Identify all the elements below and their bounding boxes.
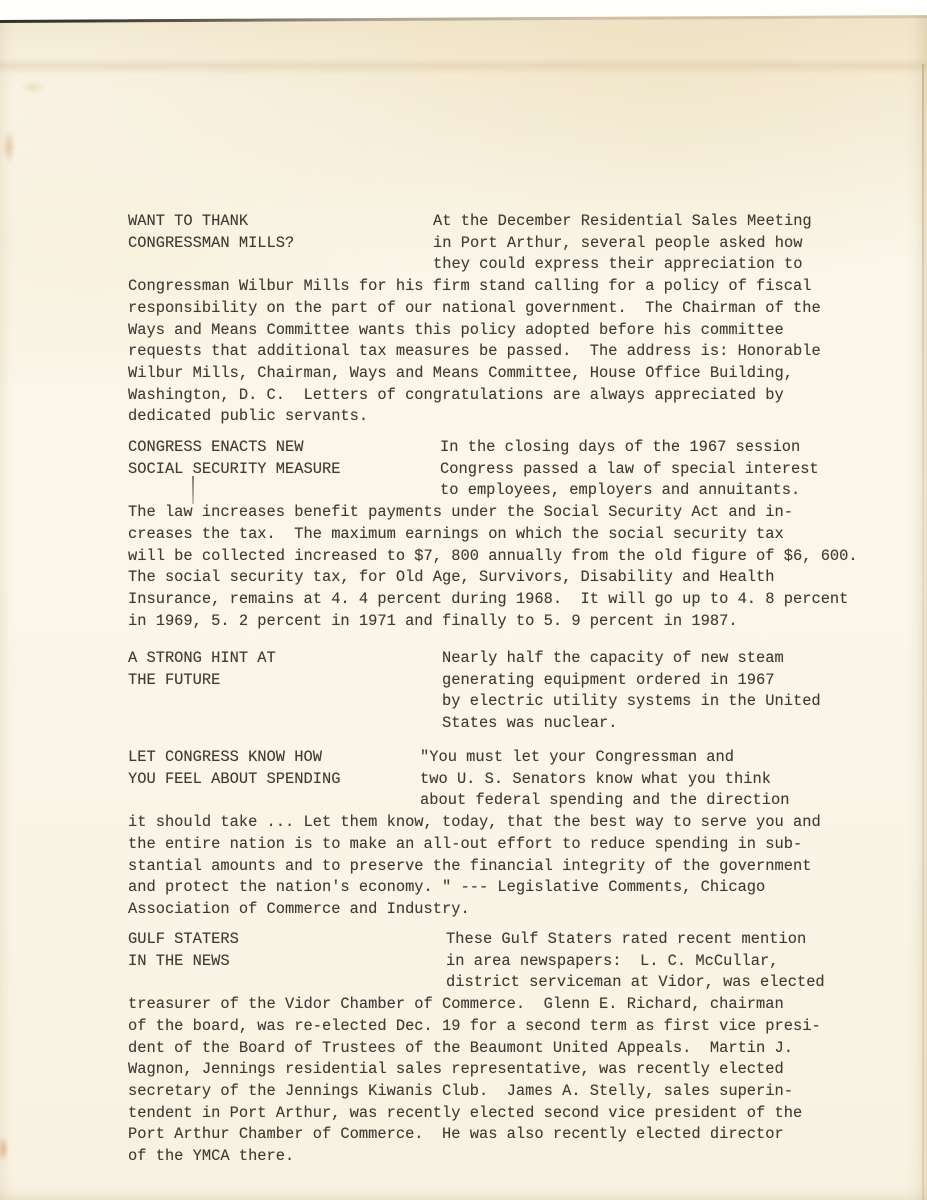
section-heading-line: WANT TO THANK (128, 211, 433, 233)
section-intro: These Gulf Staters rated recent mentioni… (446, 929, 892, 994)
section-body-line: The law increases benefit payments under… (128, 502, 892, 524)
section-body-line: Ways and Means Committee wants this poli… (128, 320, 892, 342)
section-intro-line: two U. S. Senators know what you think (420, 769, 892, 791)
section-body-line: of the YMCA there. (128, 1146, 892, 1168)
section-heading-line: CONGRESS ENACTS NEW (128, 437, 440, 459)
section-body-line: creases the tax. The maximum earnings on… (128, 524, 892, 546)
section-body-line: it should take ... Let them know, today,… (128, 812, 892, 834)
scanned-page: WANT TO THANKCONGRESSMAN MILLS?At the De… (0, 0, 927, 1200)
section-intro-line: States was nuclear. (442, 713, 892, 735)
section-body-line: responsibility on the part of our nation… (128, 298, 892, 320)
section-heading-line: IN THE NEWS (128, 951, 446, 973)
section-intro-line: by electric utility systems in the Unite… (442, 691, 892, 713)
section-body: treasurer of the Vidor Chamber of Commer… (128, 994, 892, 1168)
section-body-line: Association of Commerce and Industry. (128, 899, 892, 921)
section-intro-line: Nearly half the capacity of new steam (442, 648, 892, 670)
section-intro-line: they could express their appreciation to (433, 254, 892, 276)
ink-smudge (20, 80, 46, 94)
ink-smudge (2, 130, 16, 164)
section-body-line: The social security tax, for Old Age, Su… (128, 567, 892, 589)
section-columns: WANT TO THANKCONGRESSMAN MILLS?At the De… (128, 211, 892, 276)
section-body-line: and protect the nation's economy. " --- … (128, 877, 892, 899)
section: CONGRESS ENACTS NEWSOCIAL SECURITY MEASU… (128, 437, 892, 632)
section-intro-line: At the December Residential Sales Meetin… (433, 211, 892, 233)
section-body-line: tendent in Port Arthur, was recently ele… (128, 1103, 892, 1125)
section-body-line: stantial amounts and to preserve the fin… (128, 856, 892, 878)
section-body-line: Wilbur Mills, Chairman, Ways and Means C… (128, 363, 892, 385)
section-body-line: Washington, D. C. Letters of congratulat… (128, 385, 892, 407)
section-intro-line: These Gulf Staters rated recent mention (446, 929, 892, 951)
section-intro-line: about federal spending and the direction (420, 790, 892, 812)
section-intro: In the closing days of the 1967 sessionC… (440, 437, 892, 502)
section-intro-line: in Port Arthur, several people asked how (433, 233, 892, 255)
section-heading: LET CONGRESS KNOW HOWYOU FEEL ABOUT SPEN… (128, 747, 420, 812)
section-intro: "You must let your Congressman andtwo U.… (420, 747, 892, 812)
section-body-line: Port Arthur Chamber of Commerce. He was … (128, 1124, 892, 1146)
section: WANT TO THANKCONGRESSMAN MILLS?At the De… (128, 211, 892, 428)
section-heading-line: LET CONGRESS KNOW HOW (128, 747, 420, 769)
section-body: The law increases benefit payments under… (128, 502, 892, 632)
section-intro: Nearly half the capacity of new steamgen… (442, 648, 892, 735)
section-body-line: the entire nation is to make an all-out … (128, 834, 892, 856)
section-body-line: will be collected increased to $7, 800 a… (128, 546, 892, 568)
section-intro-line: In the closing days of the 1967 session (440, 437, 892, 459)
section: LET CONGRESS KNOW HOWYOU FEEL ABOUT SPEN… (128, 747, 892, 921)
section-intro-line: "You must let your Congressman and (420, 747, 892, 769)
section-heading-line: SOCIAL SECURITY MEASURE (128, 459, 440, 481)
section-heading: GULF STATERSIN THE NEWS (128, 929, 446, 994)
section-columns: LET CONGRESS KNOW HOWYOU FEEL ABOUT SPEN… (128, 747, 892, 812)
section-columns: A STRONG HINT ATTHE FUTURENearly half th… (128, 648, 892, 735)
section-heading-line: A STRONG HINT AT (128, 648, 442, 670)
section-intro-line: in area newspapers: L. C. McCullar, (446, 951, 892, 973)
section-body-line: treasurer of the Vidor Chamber of Commer… (128, 994, 892, 1016)
section-heading: CONGRESS ENACTS NEWSOCIAL SECURITY MEASU… (128, 437, 440, 502)
section-heading-line: YOU FEEL ABOUT SPENDING (128, 769, 420, 791)
section-heading: A STRONG HINT ATTHE FUTURE (128, 648, 442, 735)
section-heading-line: GULF STATERS (128, 929, 446, 951)
paper-right-edge (922, 64, 924, 1200)
section: A STRONG HINT ATTHE FUTURENearly half th… (128, 648, 892, 735)
section-columns: CONGRESS ENACTS NEWSOCIAL SECURITY MEASU… (128, 437, 892, 502)
section-heading-line: CONGRESSMAN MILLS? (128, 233, 433, 255)
section-body: Congressman Wilbur Mills for his firm st… (128, 276, 892, 428)
section-intro-line: Congress passed a law of special interes… (440, 459, 892, 481)
section-body-line: dent of the Board of Trustees of the Bea… (128, 1038, 892, 1060)
section-body-line: in 1969, 5. 2 percent in 1971 and finall… (128, 611, 892, 633)
section-intro: At the December Residential Sales Meetin… (433, 211, 892, 276)
section-body-line: requests that additional tax measures be… (128, 341, 892, 363)
section-body-line: Insurance, remains at 4. 4 percent durin… (128, 589, 892, 611)
section-heading: WANT TO THANKCONGRESSMAN MILLS? (128, 211, 433, 276)
section-heading-line: THE FUTURE (128, 670, 442, 692)
section-intro-line: to employees, employers and annuitants. (440, 480, 892, 502)
section: GULF STATERSIN THE NEWSThese Gulf Stater… (128, 929, 892, 1168)
section-body-line: dedicated public servants. (128, 406, 892, 428)
section-body: it should take ... Let them know, today,… (128, 812, 892, 921)
section-intro-line: district serviceman at Vidor, was electe… (446, 972, 892, 994)
section-body-line: Congressman Wilbur Mills for his firm st… (128, 276, 892, 298)
section-columns: GULF STATERSIN THE NEWSThese Gulf Stater… (128, 929, 892, 994)
typed-content: WANT TO THANKCONGRESSMAN MILLS?At the De… (128, 0, 892, 1200)
section-body-line: of the board, was re-elected Dec. 19 for… (128, 1016, 892, 1038)
section-intro-line: generating equipment ordered in 1967 (442, 670, 892, 692)
section-body-line: secretary of the Jennings Kiwanis Club. … (128, 1081, 892, 1103)
section-body-line: Wagnon, Jennings residential sales repre… (128, 1059, 892, 1081)
